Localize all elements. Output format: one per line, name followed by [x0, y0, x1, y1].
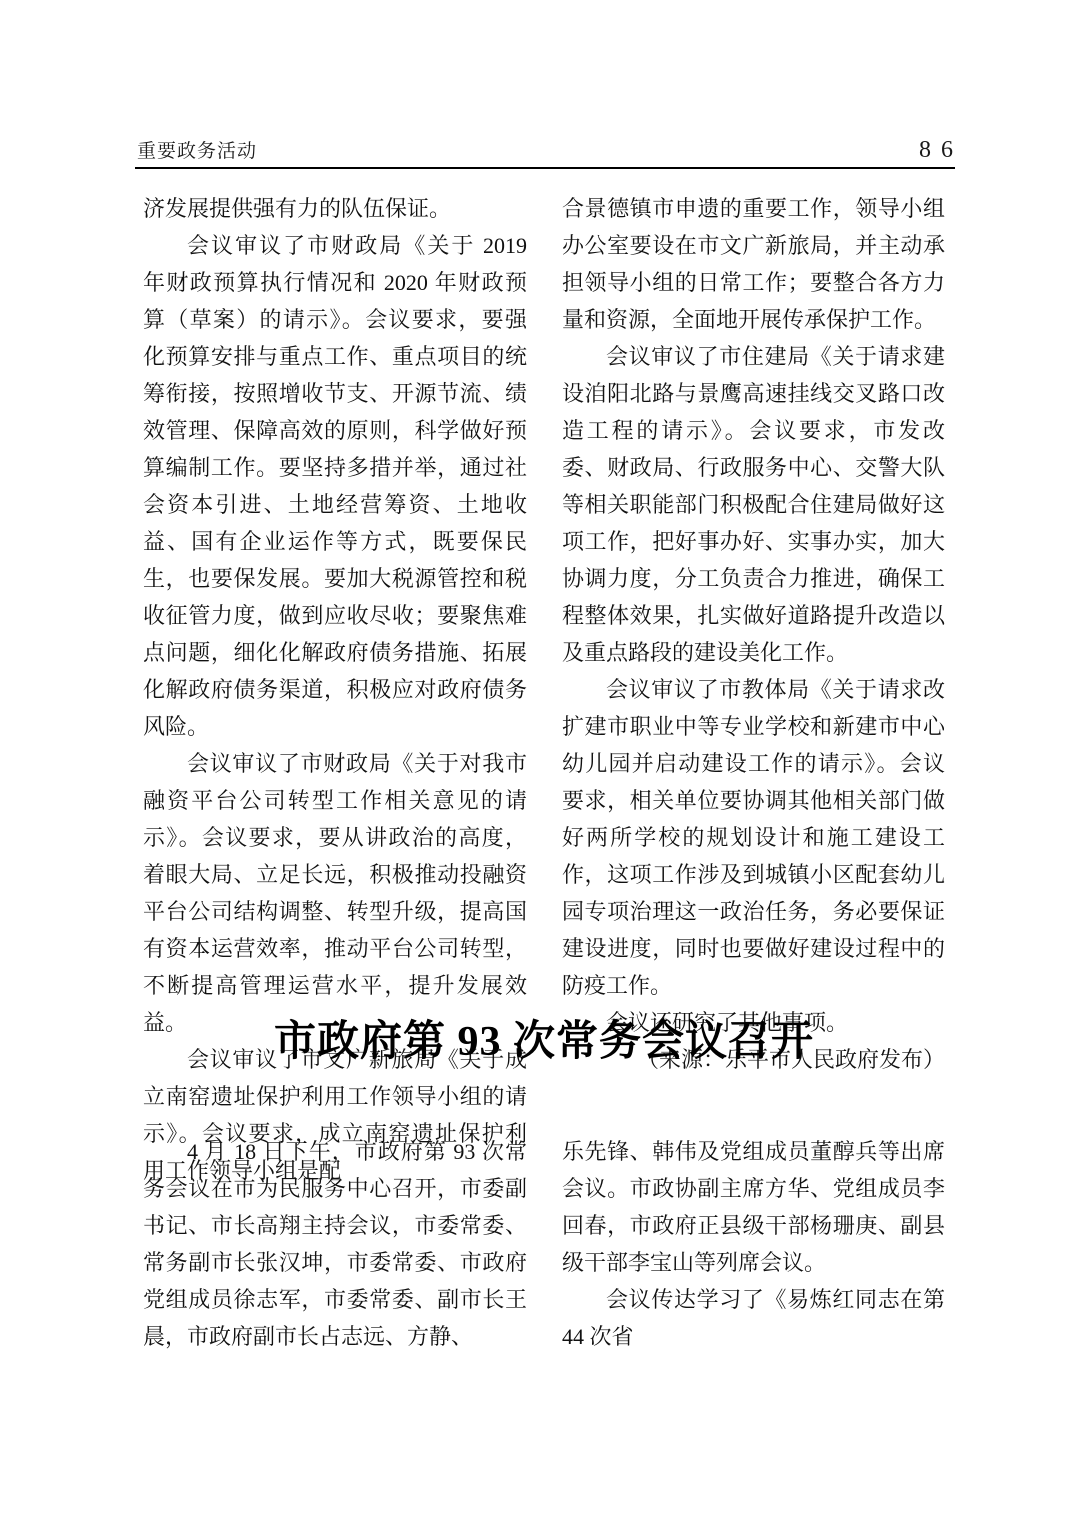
header-rule [135, 167, 955, 169]
paragraph: 合景德镇市申遗的重要工作，领导小组办公室要设在市文广新旅局，并主动承担领导小组的… [562, 190, 945, 338]
article2-left-column: 4 月 18 日下午，市政府第 93 次常务会议在市为民服务中心召开，市委副书记… [143, 1133, 527, 1355]
article2-title: 市政府第 93 次常务会议召开 [143, 1008, 945, 1068]
article-2: 4 月 18 日下午，市政府第 93 次常务会议在市为民服务中心召开，市委副书记… [143, 1133, 945, 1355]
paragraph: 会议审议了市住建局《关于请求建设洎阳北路与景鹰高速挂线交叉路口改造工程的请示》。… [562, 338, 945, 671]
paragraph: 会议审议了市财政局《关于对我市融资平台公司转型工作相关意见的请示》。会议要求，要… [143, 745, 527, 1041]
article2-right-column: 乐先锋、韩伟及党组成员董醇兵等出席会议。市政协副主席方华、党组成员李回春，市政府… [562, 1133, 945, 1355]
paragraph: 会议传达学习了《易炼红同志在第 44 次省 [562, 1281, 945, 1355]
document-page: 重要政务活动 8 6 济发展提供强有力的队伍保证。会议审议了市财政局《关于 20… [0, 0, 1074, 1520]
paragraph: 济发展提供强有力的队伍保证。 [143, 190, 527, 227]
page-header: 重要政务活动 8 6 [137, 136, 955, 164]
page-number: 8 6 [919, 137, 955, 164]
paragraph: 会议审议了市财政局《关于 2019 年财政预算执行情况和 2020 年财政预算（… [143, 227, 527, 745]
paragraph: 会议审议了市教体局《关于请求改扩建市职业中等专业学校和新建市中心幼儿园并启动建设… [562, 671, 945, 1004]
paragraph: 4 月 18 日下午，市政府第 93 次常务会议在市为民服务中心召开，市委副书记… [143, 1133, 527, 1355]
paragraph: 乐先锋、韩伟及党组成员董醇兵等出席会议。市政协副主席方华、党组成员李回春，市政府… [562, 1133, 945, 1281]
section-label: 重要政务活动 [137, 136, 257, 163]
